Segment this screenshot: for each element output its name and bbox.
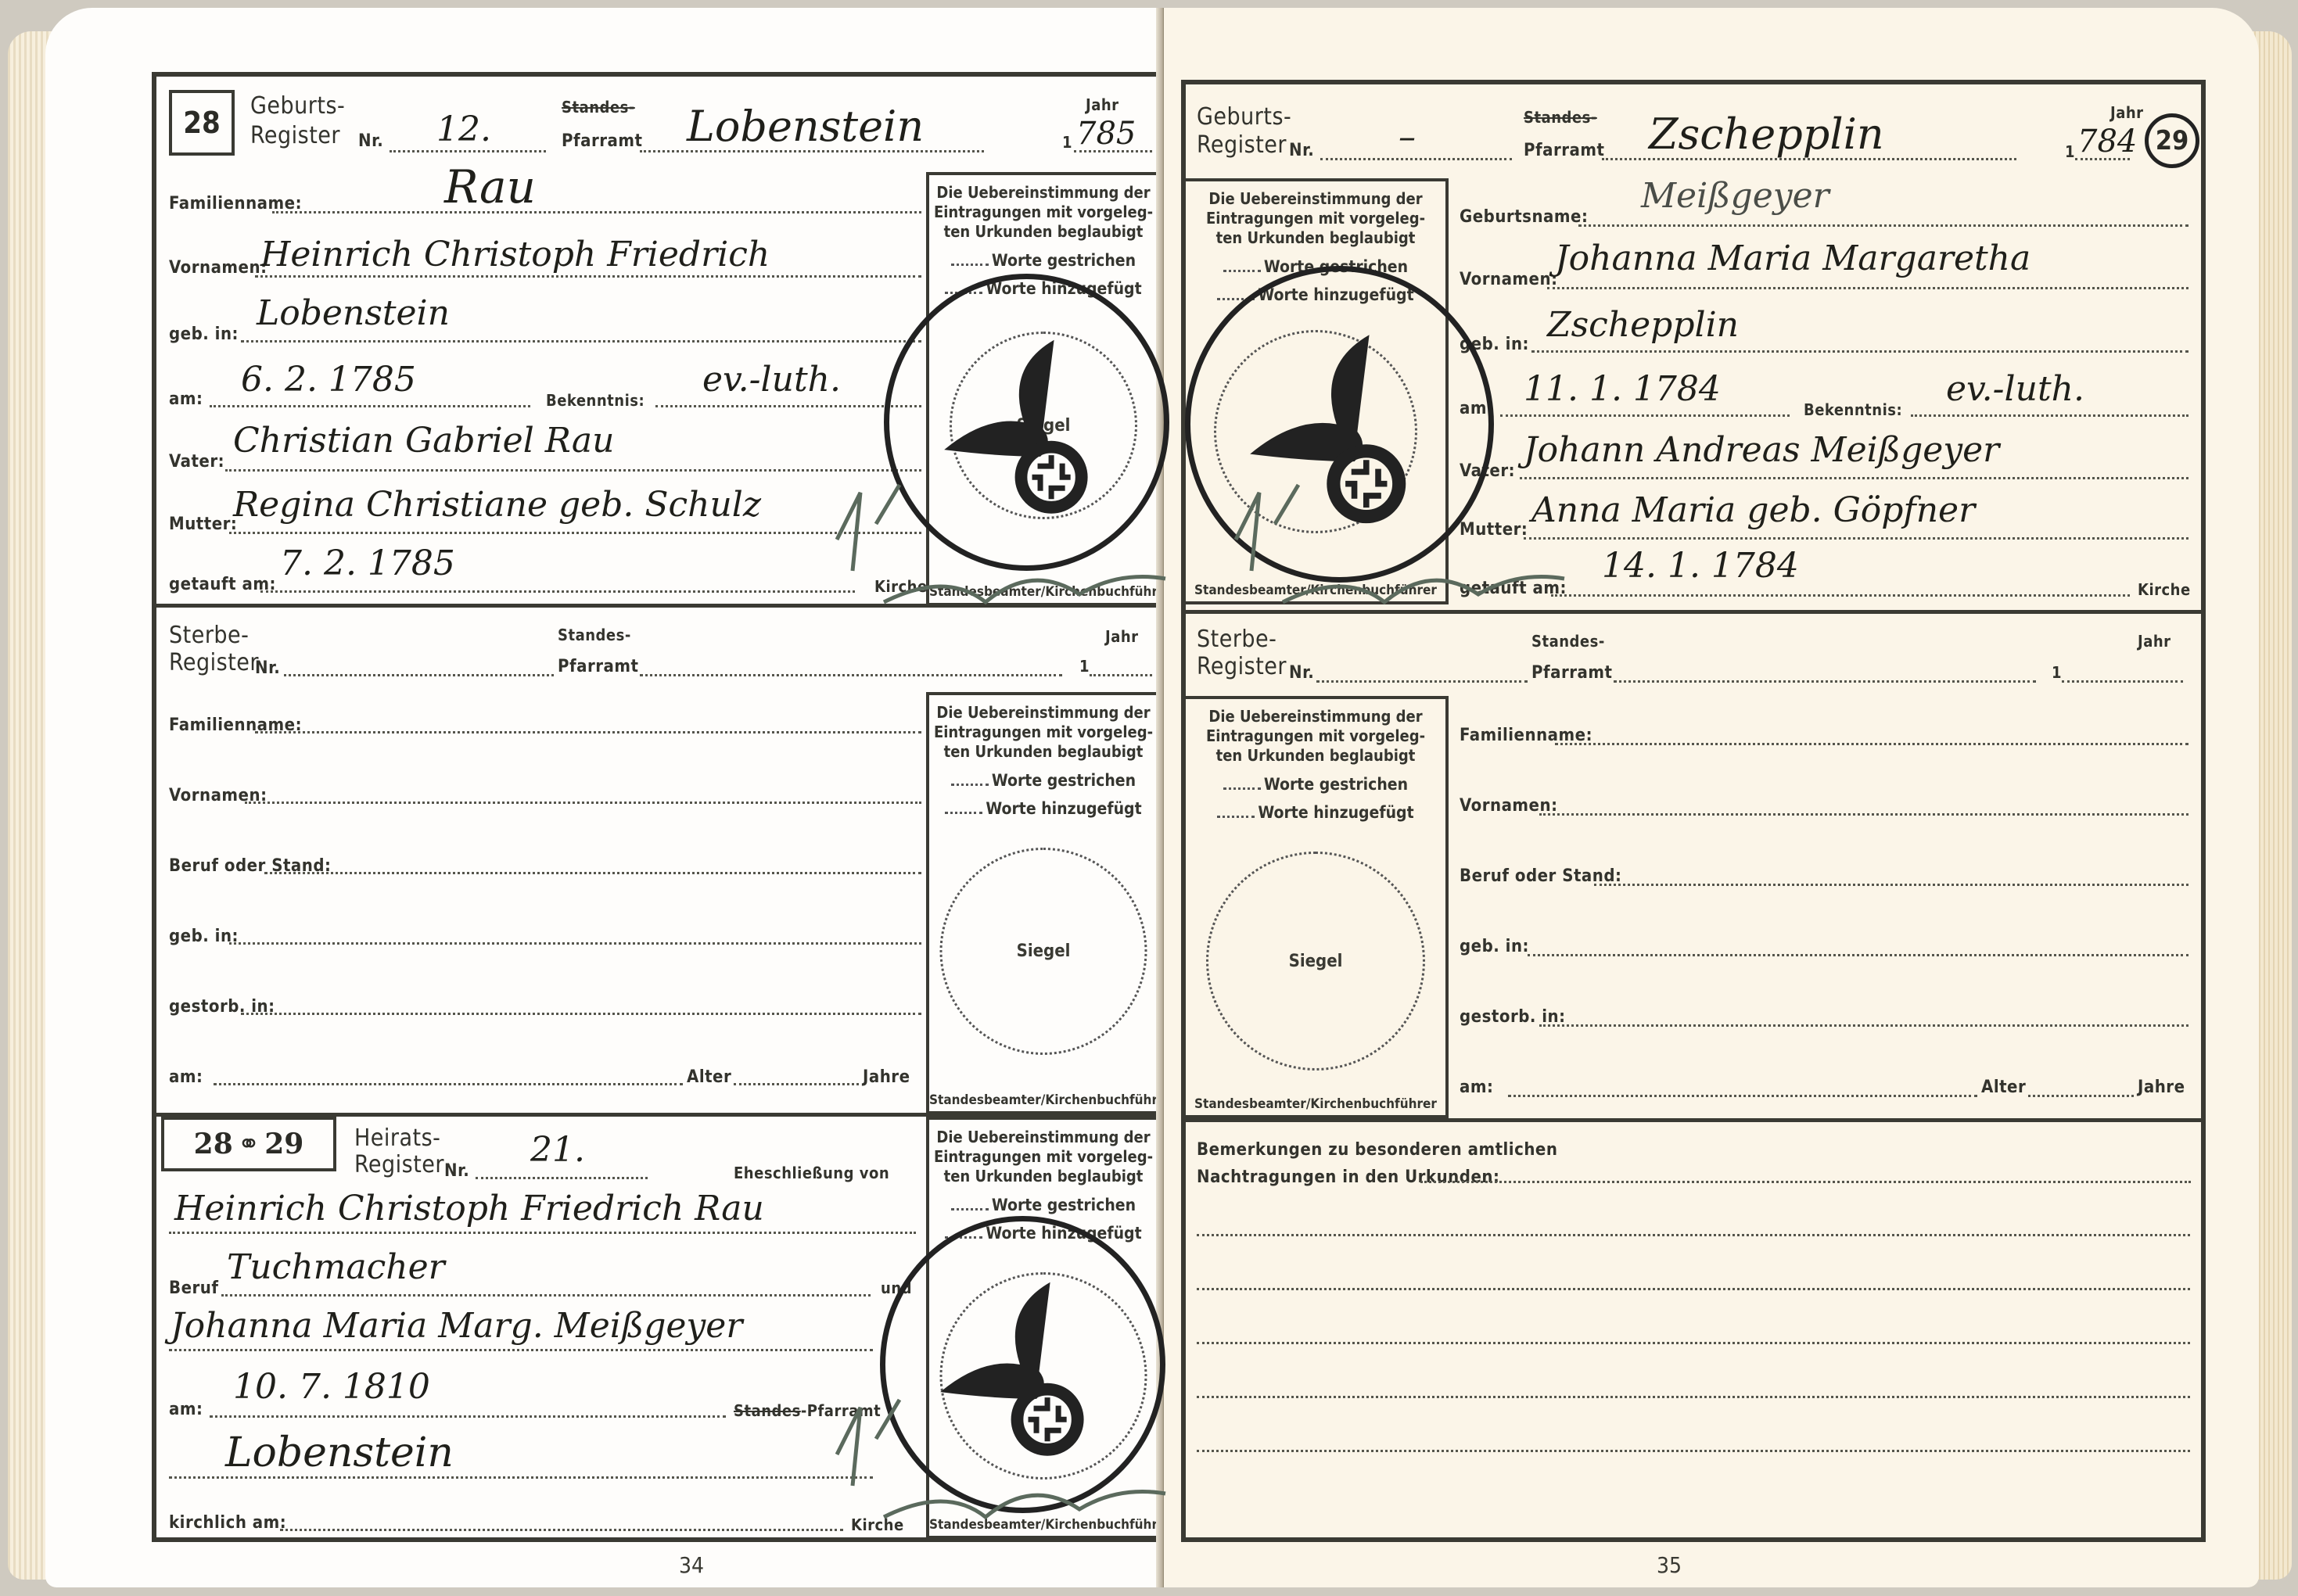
and-label: und	[881, 1279, 912, 1297]
nr-value[interactable]: –	[1399, 117, 1416, 157]
bride-line	[169, 1349, 873, 1351]
register-label-1: Geburts-	[1197, 103, 1291, 131]
geb-in-label: geb. in:	[1460, 937, 1529, 956]
gestorb-field[interactable]	[1539, 1024, 2188, 1027]
am-field[interactable]	[214, 1083, 683, 1085]
certification-footer: Standesbeamter/Kirchenbuchführer	[929, 1517, 1158, 1533]
familienname-value[interactable]: Rau	[444, 160, 536, 213]
year-label: Jahr	[1086, 95, 1119, 114]
cert-line: ten Urkunden beglaubigt	[929, 1167, 1158, 1186]
certification-text: Die Uebereinstimmung der Eintragungen mi…	[929, 1128, 1158, 1186]
field-line	[1547, 287, 2188, 289]
place-value[interactable]: Lobenstein	[225, 1429, 454, 1476]
register-label-2: Register	[250, 122, 340, 149]
mutter-label: Mutter:	[169, 515, 237, 534]
am-label: am:	[169, 1067, 203, 1087]
groom-value[interactable]: Heinrich Christoph Friedrich Rau	[174, 1189, 764, 1228]
left-page: 28 Geburts- Register Nr. 12. Standes- Pf…	[45, 8, 1164, 1587]
certification-text: Die Uebereinstimmung der Eintragungen mi…	[1186, 189, 1445, 248]
section-divider	[1181, 610, 2206, 614]
beruf-field[interactable]	[264, 872, 921, 874]
alter-field[interactable]	[734, 1083, 859, 1085]
section-divider	[1181, 1118, 2206, 1122]
vater-value[interactable]: Christian Gabriel Rau	[233, 421, 614, 461]
date-line	[210, 1415, 726, 1418]
cert-line: Eintragungen mit vorgeleg-	[1186, 209, 1445, 228]
wedding-rings-icon: ⚭	[238, 1128, 260, 1160]
certification-box: Die Uebereinstimmung der Eintragungen mi…	[1183, 696, 1449, 1118]
occupation-value[interactable]: Tuchmacher	[227, 1247, 445, 1287]
geb-in-value[interactable]: Lobenstein	[257, 293, 450, 333]
remarks-line[interactable]	[1197, 1450, 2190, 1452]
vater-label: Vater:	[1460, 461, 1515, 481]
remarks-line[interactable]	[1197, 1234, 2190, 1236]
am-field[interactable]	[1508, 1095, 1977, 1097]
cert-line: ten Urkunden beglaubigt	[1186, 228, 1445, 248]
geb-in-value[interactable]: Zschepplin	[1547, 305, 1739, 345]
geb-in-label: geb. in:	[169, 927, 239, 946]
office-label-struck: Standes-	[562, 98, 635, 117]
office-label: Pfarramt	[1531, 663, 1612, 683]
kirche-label: Kirche	[874, 577, 928, 596]
nr-line	[1316, 680, 1528, 683]
church-date-field[interactable]	[280, 1529, 843, 1531]
geburtsname-value[interactable]: Meißgeyer	[1641, 176, 1829, 216]
certification-text: Die Uebereinstimmung der Eintragungen mi…	[1186, 707, 1445, 766]
section-divider	[152, 604, 1161, 608]
year-prefix: 1	[1079, 657, 1090, 676]
field-line	[1531, 350, 2188, 353]
geb-in-label: geb. in:	[169, 325, 239, 344]
cert-line: Eintragungen mit vorgeleg-	[1186, 726, 1445, 746]
office-label: Pfarramt	[558, 657, 638, 676]
year-prefix: 1	[1062, 133, 1072, 152]
geb-in-field[interactable]	[1528, 954, 2188, 956]
nr-label: Nr.	[444, 1161, 469, 1181]
vornamen-label: Vornamen:	[169, 258, 268, 278]
cert-line: Die Uebereinstimmung der	[929, 183, 1158, 203]
mutter-label: Mutter:	[1460, 520, 1528, 540]
cert-line: Die Uebereinstimmung der	[929, 1128, 1158, 1147]
church-date-label: kirchlich am:	[169, 1513, 286, 1533]
page-number-left: 34	[679, 1552, 704, 1578]
kirche-label: Kirche	[2138, 580, 2191, 599]
mutter-value[interactable]: Anna Maria geb. Göpfner	[1531, 490, 1975, 530]
vornamen-value[interactable]: Johanna Maria Margaretha	[1555, 239, 2030, 278]
office-label-1: Standes-	[558, 626, 631, 644]
field-line	[1520, 477, 2188, 479]
year-value[interactable]: 785	[1076, 116, 1136, 152]
nr-value[interactable]: 21.	[530, 1130, 585, 1170]
certification-footer: Standesbeamter/Kirchenbuchführer	[929, 1092, 1158, 1108]
geb-in-label: geb. in:	[1460, 335, 1529, 354]
year-line	[1090, 674, 1152, 676]
nr-label: Nr.	[1289, 663, 1314, 683]
seal-area	[940, 1272, 1147, 1479]
vornamen-label: Vornamen:	[1460, 270, 1558, 289]
year-label: Jahr	[1105, 627, 1139, 646]
seal-area: Siegel	[950, 332, 1137, 519]
register-label-2: Register	[354, 1151, 444, 1178]
nr-line	[284, 674, 554, 676]
getauft-value[interactable]: 7. 2. 1785	[280, 543, 455, 583]
cert-line: ten Urkunden beglaubigt	[929, 742, 1158, 762]
remarks-label-2: Nachtragungen in den Urkunden:	[1197, 1167, 1499, 1187]
bekenntnis-value[interactable]: ev.-luth.	[702, 360, 841, 400]
vornamen-field[interactable]	[1539, 813, 2188, 816]
certification-footer: Standesbeamter/Kirchenbuchführer	[929, 584, 1158, 600]
words-added: Worte hinzugefügt	[1186, 285, 1445, 304]
remarks-line[interactable]	[1197, 1288, 2190, 1290]
register-label-2: Register	[1197, 131, 1287, 159]
register-label-2: Register	[169, 649, 259, 676]
nr-line	[476, 1177, 648, 1179]
year-label: Jahr	[2110, 103, 2144, 122]
office-label: Pfarramt	[1524, 141, 1604, 160]
nr-label: Nr.	[358, 131, 383, 151]
cert-line: Eintragungen mit vorgeleg-	[929, 723, 1158, 742]
open-ancestry-passport: 28 Geburts- Register Nr. 12. Standes- Pf…	[8, 8, 2292, 1591]
cert-line: ten Urkunden beglaubigt	[929, 222, 1158, 242]
cert-line: Die Uebereinstimmung der	[929, 703, 1158, 723]
field-line	[260, 590, 855, 593]
vater-label: Vater:	[169, 452, 224, 472]
field-line	[241, 340, 921, 343]
certification-box: Die Uebereinstimmung der Eintragungen mi…	[1183, 178, 1449, 604]
words-struck: Worte gestrichen	[1186, 775, 1445, 794]
register-label-1: Sterbe-	[169, 622, 249, 649]
beruf-field[interactable]	[1594, 884, 2188, 886]
vater-value[interactable]: Johann Andreas Meißgeyer	[1524, 430, 1999, 470]
nr-value[interactable]: 12.	[436, 109, 491, 149]
geburtsname-label: Geburtsname:	[1460, 207, 1588, 227]
year-prefix: 1	[2052, 663, 2062, 682]
geb-in-field[interactable]	[229, 942, 921, 945]
field-line	[225, 469, 921, 472]
bekenntnis-value[interactable]: ev.-luth.	[1946, 369, 2084, 409]
certification-text: Die Uebereinstimmung der Eintragungen mi…	[929, 183, 1158, 242]
remarks-line[interactable]	[1197, 1396, 2190, 1398]
year-line	[2062, 680, 2183, 683]
office-label-1: Standes-	[1531, 632, 1605, 651]
seal-area: Siegel	[940, 848, 1147, 1055]
nr-label: Nr.	[255, 658, 280, 678]
office-value[interactable]: Zschepplin	[1649, 109, 1884, 159]
jahre-label: Jahre	[863, 1067, 910, 1087]
words-struck: Worte gestrichen	[929, 771, 1158, 790]
office-line	[1614, 680, 2036, 683]
register-label-2: Register	[1197, 653, 1287, 680]
remarks-label-1: Bemerkungen zu besonderen amtlichen	[1197, 1140, 1557, 1160]
cert-line: Eintragungen mit vorgeleg-	[929, 1147, 1158, 1167]
field-line	[1911, 414, 2188, 417]
cert-line: Eintragungen mit vorgeleg-	[929, 203, 1158, 222]
person-number-box: 28	[169, 90, 235, 156]
church-label: Kirche	[851, 1515, 904, 1534]
words-added: Worte hinzugefügt	[1186, 803, 1445, 822]
office-line	[640, 674, 1062, 676]
jahre-label: Jahre	[2138, 1078, 2185, 1097]
bride-value[interactable]: Johanna Maria Marg. Meißgeyer	[171, 1306, 742, 1346]
familienname-field[interactable]	[255, 731, 921, 733]
field-line	[1500, 414, 1790, 417]
groom-line	[169, 1232, 916, 1234]
year-prefix: 1	[2065, 142, 2075, 161]
year-value[interactable]: 784	[2077, 124, 2137, 160]
words-struck: Worte gestrichen	[929, 251, 1158, 270]
am-label: am:	[1460, 399, 1493, 418]
place-line	[169, 1476, 873, 1479]
nr-line	[390, 150, 546, 152]
field-line	[229, 532, 921, 534]
seal-area: Siegel	[1206, 852, 1425, 1071]
remarks-line[interactable]	[1420, 1181, 2191, 1183]
remarks-line[interactable]	[1197, 1342, 2190, 1344]
certification-footer: Standesbeamter/Kirchenbuchführer	[1186, 1096, 1445, 1112]
field-line	[1551, 594, 2130, 597]
vornamen-value[interactable]: Heinrich Christoph Friedrich	[260, 235, 770, 274]
occupation-line	[221, 1294, 871, 1297]
nr-line	[1320, 158, 1512, 160]
certification-box: Die Uebereinstimmung der Eintragungen mi…	[926, 1117, 1161, 1539]
cert-line: Die Uebereinstimmung der	[1186, 189, 1445, 209]
field-line	[272, 211, 921, 213]
office-label: Pfarramt	[562, 131, 642, 151]
mutter-value[interactable]: Regina Christiane geb. Schulz	[233, 485, 761, 525]
person-number-circle: 29	[2145, 113, 2199, 168]
gestorb-field[interactable]	[241, 1013, 921, 1015]
occupation-label: Beruf	[169, 1279, 218, 1298]
am-label: am:	[1460, 1078, 1493, 1097]
words-added: Worte hinzugefügt	[929, 799, 1158, 818]
words-struck: Worte gestrichen	[929, 1196, 1158, 1214]
field-line	[1524, 537, 2188, 540]
bekenntnis-label: Bekenntnis:	[1804, 400, 1902, 419]
words-struck: Worte gestrichen	[1186, 257, 1445, 276]
office-label: Standes-Pfarramt	[734, 1401, 881, 1420]
office-label-struck: Standes-	[1524, 108, 1597, 127]
date-label: am:	[169, 1400, 203, 1419]
date-value[interactable]: 10. 7. 1810	[233, 1367, 430, 1407]
couple-numbers-box: 28 ⚭ 29	[161, 1117, 336, 1171]
year-label: Jahr	[2138, 632, 2171, 651]
am-value[interactable]: 11. 1. 1784	[1524, 369, 1721, 409]
register-label-1: Sterbe-	[1197, 626, 1276, 653]
page-number-right: 35	[1657, 1552, 1682, 1578]
am-value[interactable]: 6. 2. 1785	[241, 360, 416, 400]
vornamen-field[interactable]	[245, 802, 921, 804]
marriage-of-label: Eheschließung von	[734, 1164, 889, 1182]
office-value[interactable]: Lobenstein	[687, 102, 924, 151]
words-added: Worte hinzugefügt	[929, 279, 1158, 298]
right-page: Geburts- Register Nr. – Standes- Pfarram…	[1164, 8, 2259, 1587]
field-line	[1578, 224, 2188, 227]
cert-line: Die Uebereinstimmung der	[1186, 707, 1445, 726]
nr-label: Nr.	[1289, 141, 1314, 160]
bekenntnis-label: Bekenntnis:	[546, 391, 645, 410]
field-line	[210, 405, 530, 407]
certification-footer: Standesbeamter/Kirchenbuchführer	[1186, 583, 1445, 598]
register-label-1: Geburts-	[250, 92, 345, 120]
seal-area	[1214, 330, 1417, 533]
certification-box: Die Uebereinstimmung der Eintragungen mi…	[926, 692, 1161, 1114]
field-line	[655, 405, 921, 407]
cert-line: ten Urkunden beglaubigt	[1186, 746, 1445, 766]
alter-label: Alter	[1981, 1078, 2026, 1097]
familienname-field[interactable]	[1555, 743, 2188, 745]
getauft-value[interactable]: 14. 1. 1784	[1602, 546, 1799, 586]
certification-text: Die Uebereinstimmung der Eintragungen mi…	[929, 703, 1158, 762]
alter-label: Alter	[687, 1067, 731, 1087]
field-line	[255, 275, 921, 278]
register-label-1: Heirats-	[354, 1124, 440, 1152]
alter-field[interactable]	[2028, 1095, 2134, 1097]
certification-box: Die Uebereinstimmung der Eintragungen mi…	[926, 172, 1161, 606]
am-label: am:	[169, 389, 203, 409]
words-added: Worte hinzugefügt	[929, 1224, 1158, 1243]
